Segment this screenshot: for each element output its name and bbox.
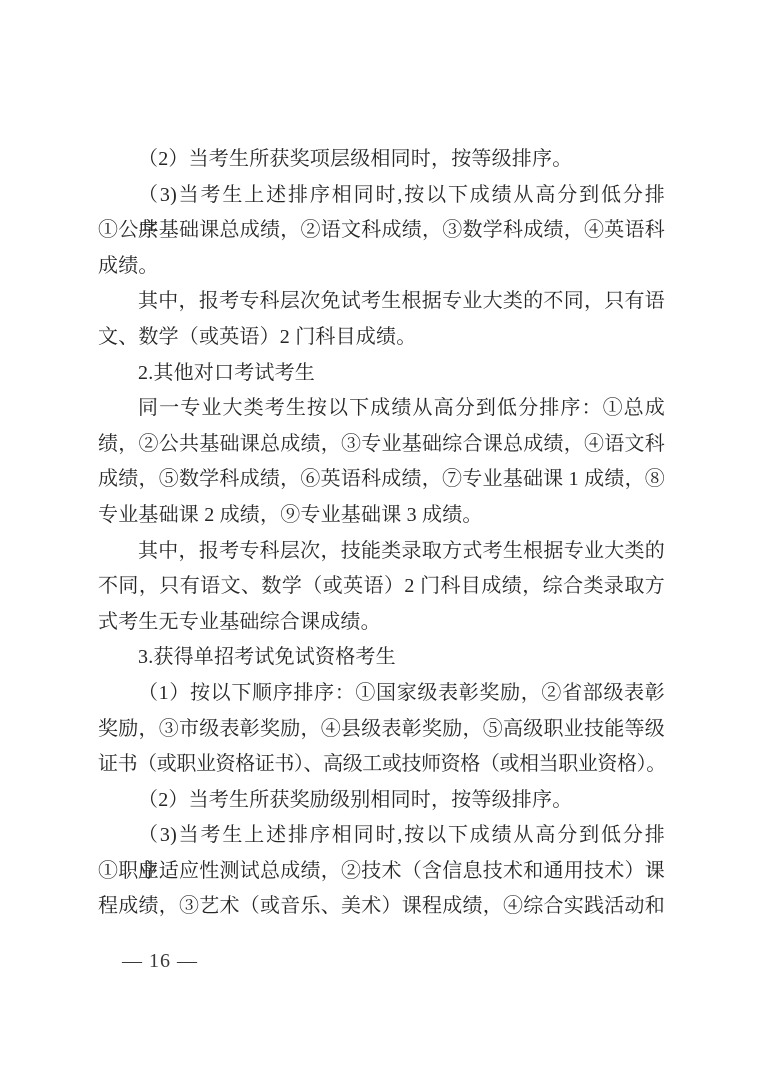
paragraph: 3.获得单招考试免试资格考生 [98,640,665,676]
paragraph: （3)当考生上述排序相同时,按以下成绩从高分到低分排序：①职业适应性测试总成绩，… [98,818,665,925]
text-line: ①公共基础课总成绩，②语文科成绩，③数学科成绩，④英语科 [98,213,665,249]
paragraph: 2.其他对口考试考生 [98,356,665,392]
text-line: 式考生无专业基础综合课成绩。 [98,605,665,641]
paragraph: 同一专业大类考生按以下成绩从高分到低分排序：①总成绩，②公共基础课总成绩，③专业… [98,391,665,533]
text-line: 文、数学（或英语）2 门科目成绩。 [98,320,665,356]
document-page: （2）当考生所获奖项层级相同时，按等级排序。（3)当考生上述排序相同时,按以下成… [0,0,764,1080]
text-line: 成绩，⑤数学科成绩，⑥英语科成绩，⑦专业基础课 1 成绩，⑧ [98,462,665,498]
page-footer: — 16 — [122,946,198,976]
paragraph: （2）当考生所获奖励级别相同时，按等级排序。 [98,783,665,819]
text-line: 不同，只有语文、数学（或英语）2 门科目成绩，综合类录取方 [98,569,665,605]
paragraph: 其中，报考专科层次免试考生根据专业大类的不同，只有语文、数学（或英语）2 门科目… [98,284,665,355]
paragraph: 其中，报考专科层次，技能类录取方式考生根据专业大类的不同，只有语文、数学（或英语… [98,534,665,641]
paragraph: （2）当考生所获奖项层级相同时，按等级排序。 [98,142,665,178]
text-line: （2）当考生所获奖励级别相同时，按等级排序。 [98,783,665,819]
text-line: （1）按以下顺序排序：①国家级表彰奖励，②省部级表彰 [98,676,665,712]
page-number: — 16 — [122,950,198,972]
text-line: 其中，报考专科层次免试考生根据专业大类的不同，只有语 [98,284,665,320]
text-line: （3)当考生上述排序相同时,按以下成绩从高分到低分排序： [98,818,665,854]
text-line: 奖励，③市级表彰奖励，④县级表彰奖励，⑤高级职业技能等级 [98,712,665,748]
text-line: 成绩。 [98,249,665,285]
text-line: 专业基础课 2 成绩，⑨专业基础课 3 成绩。 [98,498,665,534]
text-line: 3.获得单招考试免试资格考生 [98,640,665,676]
text-line: 2.其他对口考试考生 [98,356,665,392]
text-line: （3)当考生上述排序相同时,按以下成绩从高分到低分排序： [98,178,665,214]
document-body: （2）当考生所获奖项层级相同时，按等级排序。（3)当考生上述排序相同时,按以下成… [98,142,665,925]
text-line: 程成绩，③艺术（或音乐、美术）课程成绩，④综合实践活动和 [98,889,665,925]
text-line: 证书（或职业资格证书）、高级工或技师资格（或相当职业资格）。 [98,747,665,783]
text-line: （2）当考生所获奖项层级相同时，按等级排序。 [98,142,665,178]
text-line: 绩，②公共基础课总成绩，③专业基础综合课总成绩，④语文科 [98,427,665,463]
text-line: ①职业适应性测试总成绩，②技术（含信息技术和通用技术）课 [98,854,665,890]
text-line: 同一专业大类考生按以下成绩从高分到低分排序：①总成 [98,391,665,427]
paragraph: （3)当考生上述排序相同时,按以下成绩从高分到低分排序：①公共基础课总成绩，②语… [98,178,665,285]
text-line: 其中，报考专科层次，技能类录取方式考生根据专业大类的 [98,534,665,570]
paragraph: （1）按以下顺序排序：①国家级表彰奖励，②省部级表彰奖励，③市级表彰奖励，④县级… [98,676,665,783]
